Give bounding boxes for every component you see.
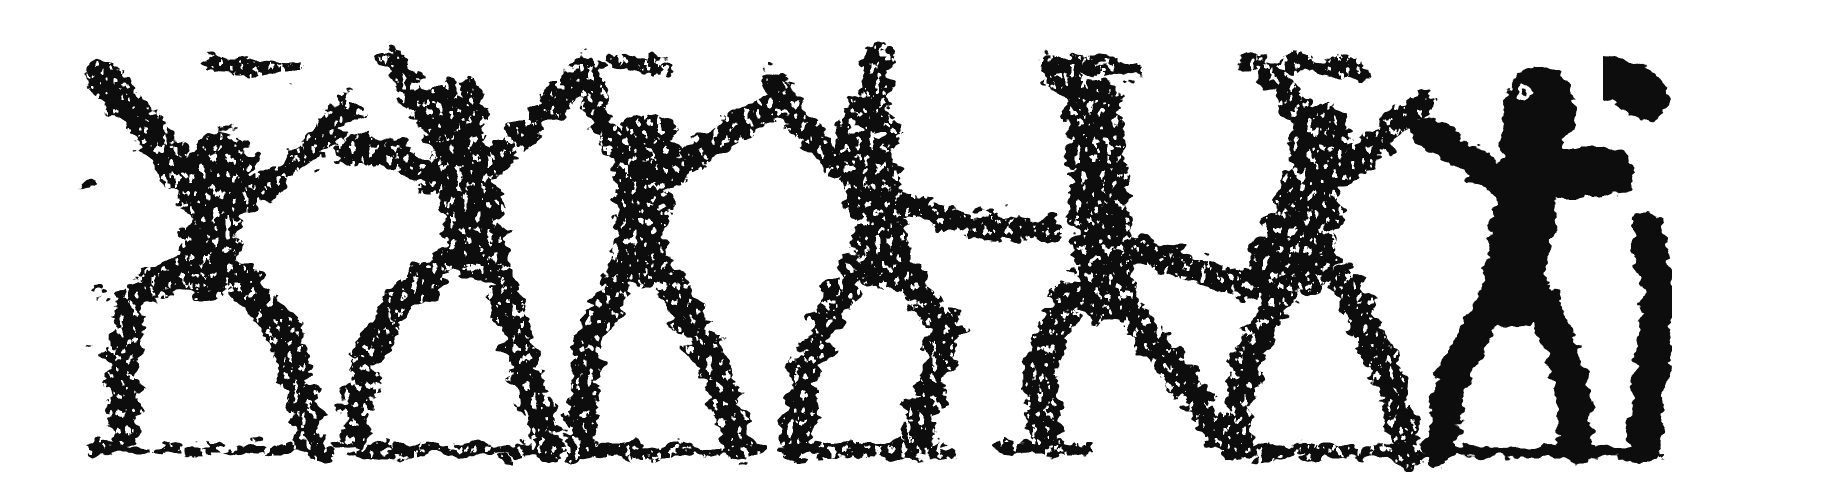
dancer-1-arm-left [102, 74, 198, 196]
dancer-3-arm-right [668, 108, 768, 175]
dancer-5-arm-left-up [1052, 66, 1080, 95]
dancer-6-leg-left [1235, 275, 1288, 450]
dancer-2-leg-right [495, 260, 548, 445]
stray-marks-dot [88, 183, 92, 186]
rubbing-artwork [0, 0, 1824, 480]
dancer-1-leg-left [122, 266, 190, 430]
dancer-2-torso [455, 135, 478, 250]
dancer-6-arm-left-up [1272, 72, 1300, 115]
dancer-6-baseline [1228, 452, 1402, 453]
dancer-5-torso [1095, 140, 1105, 290]
dancer-4-arm-left [775, 82, 842, 170]
dancer-5-leg-left [1038, 300, 1068, 438]
dancer-7 [1424, 66, 1648, 452]
dancer-7-leg-left [1438, 298, 1494, 450]
dancer-1-arm-right [250, 108, 348, 198]
dancer-5-arm-right-down [1120, 245, 1262, 292]
dancer-5-baseline [1000, 447, 1090, 450]
dancer-4-mark-0 [852, 125, 864, 135]
dancer-4-torso [866, 152, 884, 262]
edge-elements [1616, 78, 1659, 448]
dancer-7-torso [1513, 132, 1534, 298]
dancer-2-arm-right [492, 70, 585, 165]
dancer-4-mark-1 [877, 129, 887, 137]
dancer-1-top-tick [212, 64, 296, 68]
dancer-2 [345, 62, 585, 451]
dancer-4-leg-left [795, 268, 850, 448]
dancer-1-leg-right [234, 272, 310, 438]
dancer-5 [1000, 64, 1262, 450]
dancer-2-leg-left [352, 255, 455, 440]
dancer-6-leg-right [1345, 280, 1408, 452]
artwork-stage [0, 0, 1824, 480]
dancer-4-top-column [872, 62, 878, 104]
stray-marks-dot [93, 288, 99, 292]
stray-marks-dot [86, 345, 90, 346]
stray-marks-dot [1655, 453, 1662, 454]
dancer-4-baseline [788, 450, 950, 452]
edge-elements-right-strip [1644, 228, 1659, 448]
dancer-7-baseline [1432, 451, 1648, 452]
edge-elements-top-right-blob [1616, 78, 1644, 96]
dancers-frieze [86, 62, 1662, 461]
stray-marks-dot [502, 460, 512, 461]
dancer-7-leg-right [1544, 302, 1577, 448]
dancer-3-leg-left [580, 265, 625, 442]
dancer-7-arm-left [1424, 128, 1498, 178]
dancer-6-torso [1305, 150, 1318, 270]
dancer-3-leg-right [665, 270, 740, 448]
dancer-3 [572, 62, 768, 452]
dancer-4-leg-right [902, 272, 948, 446]
dancer-3-arm-left [588, 66, 628, 168]
dancer-6-arm-right [1345, 100, 1420, 172]
dancer-4 [775, 62, 1015, 452]
dancer-3-top-tick [610, 62, 668, 66]
dancer-7-mark-1 [1520, 90, 1528, 96]
dancer-5-leg-right [1122, 305, 1218, 432]
dancer-3-baseline [572, 450, 758, 452]
dancer-6 [1228, 62, 1420, 453]
dancer-1-baseline [92, 448, 332, 450]
dancer-5-arm-left-bridge [1002, 228, 1048, 230]
dancer-2-baseline [345, 449, 560, 451]
